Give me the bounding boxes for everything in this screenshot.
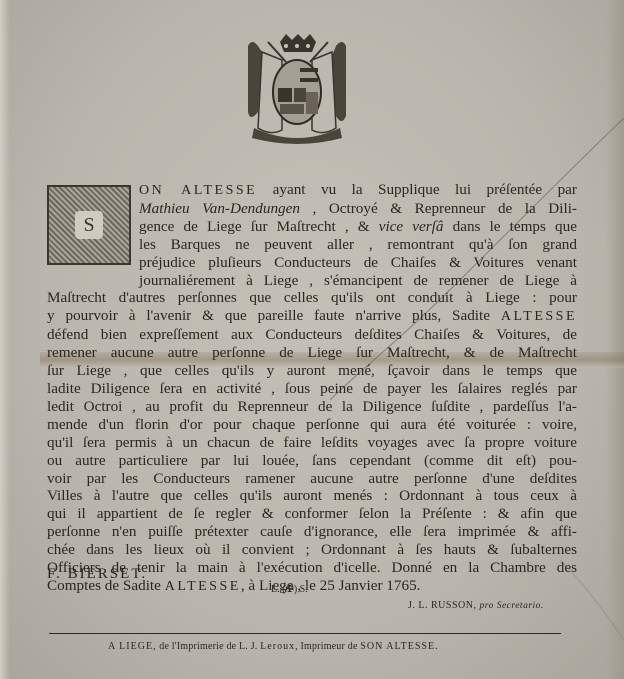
text-line-10: remener aucune autre perſonne de Liege ſ…: [47, 344, 577, 362]
text-line-19: qui il appartient de ſe regler & conform…: [47, 505, 577, 523]
text-line-17: voir par les Conducteurs ramener aucune …: [47, 470, 577, 488]
petitioner-name: Mathieu Van-Dendungen: [139, 200, 300, 217]
text-line-21: chée dans les lieux où il convient ; Ord…: [47, 541, 577, 559]
paper-edge-right: [606, 0, 624, 679]
text-span: , Octroyé & Reprenneur de la Dili-: [300, 200, 577, 217]
printer-imprint: A LIEGE, de l'Imprimerie de L. J. Leroux…: [108, 641, 439, 652]
text-line-11: ſur Liege , que celles qu'ils y auront m…: [47, 362, 577, 380]
imprint-text: de l'Imprimerie de L. J.: [157, 641, 261, 652]
decree-body: ON ALTESSE ayant vu la Supplique lui pré…: [47, 181, 577, 596]
imprint-text: , Imprimeur de: [295, 641, 360, 652]
text-line-2: Mathieu Van-Dendungen , Octroyé & Repren…: [47, 200, 577, 218]
imprint-place: A LIEGE,: [108, 641, 157, 652]
text-line-9: défend bien expreſſement aux Conducteurs…: [47, 326, 577, 344]
secretary-name: J. L. RUSSON,: [408, 600, 476, 611]
seal-mark: L. (✠) S.: [271, 584, 308, 595]
signature-russon: J. L. RUSSON, pro Secretario.: [408, 600, 544, 611]
altesse-caps: ALTESSE: [165, 579, 241, 594]
date-text: , à Liege , le 25 Janvier 1765.: [241, 577, 421, 594]
paper-edge-left: [0, 0, 10, 679]
text-span: gence de Liege ſur Maſtrecht , &: [139, 218, 379, 235]
text-line-16: ou autre particuliere par lui louée, ſan…: [47, 452, 577, 470]
text-line-5: préjudice pluſieurs Conducteurs de Chaiſ…: [47, 254, 577, 272]
divider-rule: [49, 633, 561, 634]
printer-name: Leroux: [260, 641, 295, 652]
text-line-20: perſonne n'en puiſſe prétexter cauſe d'i…: [47, 523, 577, 541]
signature-bierset: F. BIERSET.: [47, 566, 147, 583]
italic-phrase: vice verſâ: [379, 218, 444, 235]
text-line-7: Maſtrecht d'autres perſonnes que celles …: [47, 289, 577, 307]
text-line-3: gence de Liege ſur Maſtrecht , & vice ve…: [47, 218, 577, 236]
text-line-12: ladite Diligence ſera en activité , ſous…: [47, 380, 577, 398]
text-line-15: qu'il ſera permis à un chacun de faire l…: [47, 434, 577, 452]
imprint-patron: SON ALTESSE.: [360, 641, 438, 652]
text-line-18: Villes à l'autre que celles qu'ils auron…: [47, 487, 577, 505]
text-span: y pourvoir à l'avenir & que pareille fau…: [47, 307, 501, 324]
text-line-8: y pourvoir à l'avenir & que pareille fau…: [47, 307, 577, 326]
text-line-4: les Barques ne peuvent aller , remontran…: [47, 236, 577, 254]
text-span: ayant vu la Supplique lui préſentée par: [257, 181, 577, 198]
document-page: S ON ALTESSE ayant vu la Supplique lui p…: [0, 0, 624, 679]
text-line-13: ledit Octroi , au profit du Reprenneur d…: [47, 398, 577, 416]
coat-of-arms-icon: [238, 32, 356, 144]
altesse-caps: ALTESSE: [501, 309, 577, 324]
text-line-14: mende d'un florin d'or pour chaque perſo…: [47, 416, 577, 434]
secretary-role: pro Secretario.: [479, 601, 543, 611]
text-line-6: journaliérement à Liege , s'émancipent d…: [47, 272, 577, 290]
text-span: dans le temps que: [443, 218, 577, 235]
opening-caps: ON ALTESSE: [139, 183, 257, 198]
text-line-1: ON ALTESSE ayant vu la Supplique lui pré…: [47, 181, 577, 200]
